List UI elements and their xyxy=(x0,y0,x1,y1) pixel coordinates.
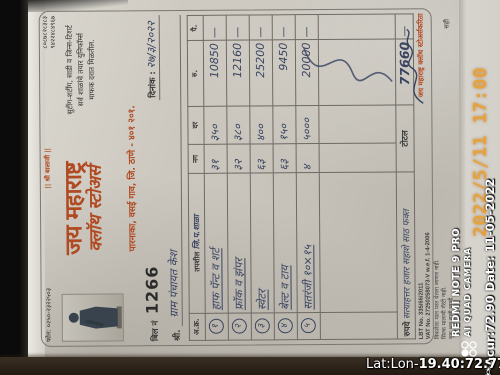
col-rate: दर xyxy=(188,106,204,144)
col-sr: अ.क्र. xyxy=(189,313,205,341)
mobile-numbers: ८०८७८२८३८३ ९४२२४८४९६७ xyxy=(42,16,58,49)
phone-number: फोन: ०२५०-२३२२५०३ xyxy=(44,288,53,342)
signature-icon xyxy=(396,27,431,107)
bill-no-label: बिल नं xyxy=(151,321,161,342)
tagline-line3: माफक दरात मिळतील. xyxy=(87,39,96,99)
gps-accuracy-date-overlay: **Acur:72.90 Date: 11-05-2022 xyxy=(483,179,497,375)
date-value-handwritten: २७/३/२०२२ xyxy=(144,21,157,69)
sr-circled: १ xyxy=(209,319,224,334)
table-row: ३ स्वेटर ६३ ४०० 25200 — xyxy=(249,15,274,340)
gps-latlon-overlay: Lat:Lon-19.40:72.77 ** xyxy=(366,357,500,372)
date-label: दिनांक : xyxy=(148,71,158,98)
store-address: पारनाका, वसई गाव, जि. ठाणे - ४०१ २०१. xyxy=(123,15,138,341)
dark-table-edge xyxy=(0,0,28,375)
mobile-number-2: ९४२२४८४९६७ xyxy=(50,16,57,49)
col-rs: रु. xyxy=(187,41,203,107)
col-paise: पै. xyxy=(187,15,203,40)
details-note-handwritten: जि.प.शाळा xyxy=(192,215,201,249)
statue-photo xyxy=(61,293,123,341)
bill-top-line: फोन: ०२५०-२३२२५०३ || श्री बालाजी || ८०८७… xyxy=(42,16,60,342)
store-name-line1: जय महाराष्ट्र xyxy=(62,124,86,294)
table-row: ४ बेल्ट व टाय ६३ १५० 9450 — xyxy=(272,15,297,340)
camera-name: AI QUAD CAMERA xyxy=(463,228,472,337)
bill-no-value: 1266 xyxy=(142,266,161,315)
store-tagline: सुटींग-शर्टींग, साडी व जिन्स-टिशर्ट सर्व… xyxy=(59,16,98,124)
bill-footer: LBT No. 335/66/2011 VAT No. 27250258073-… xyxy=(416,13,456,339)
redmi-ai-logo-icon xyxy=(460,340,478,358)
sr-circled: ४ xyxy=(278,319,293,334)
statue-silhouette-icon xyxy=(64,294,122,340)
device-name: REDMI NOTE 9 PRO xyxy=(452,228,463,337)
table-row: १ हाफ पॅन्ट व शर्ट ३१ ३५० 10850 — xyxy=(203,15,228,340)
bill-header: जय महाराष्ट्र क्लॉथ स्टोअर्स सुटींग-शर्ट… xyxy=(59,15,123,341)
mobile-number-1: ८०८७८२८३८३ xyxy=(42,16,49,49)
col-qty: नग xyxy=(188,144,204,174)
photo-of-bill: फोन: ०२५०-२३२२५०३ || श्री बालाजी || ८०८७… xyxy=(0,0,500,375)
store-name-line2: क्लॉथ स्टोअर्स xyxy=(85,124,107,294)
store-title: जय महाराष्ट्र क्लॉथ स्टोअर्स xyxy=(60,124,107,294)
table-row: २ फ्रॉक व झंपर ३२ ३८० 12160 — xyxy=(226,15,251,340)
customer-name-handwritten: ग्राम पंचायत केश xyxy=(167,250,180,317)
sr-circled: ५ xyxy=(301,318,316,333)
tagline-line1: सुटींग-शर्टींग, साडी व जिन्स-टिशर्ट xyxy=(64,25,74,114)
customer-row: श्री. ग्राम पंचायत केश xyxy=(164,15,182,341)
col-details: तपशील जि.प.शाळा xyxy=(188,174,205,313)
customer-label: श्री. xyxy=(172,330,183,342)
cancel-squiggle-icon xyxy=(300,39,398,98)
bill-rotated-holder: फोन: ०२५०-२३२२५०३ || श्री बालाजी || ८०८७… xyxy=(36,8,436,350)
camera-watermark: REDMI NOTE 9 PRO AI QUAD CAMERA xyxy=(452,228,472,337)
bill-number-row: बिल नं 1266 दिनांक : २७/३/२०२२ xyxy=(140,15,161,341)
rupees-label: रुपये xyxy=(403,322,413,337)
vat-number: VAT No. 27250258073-V w.e.f. 1-4-2006 xyxy=(426,232,434,339)
sr-circled: २ xyxy=(232,319,247,334)
signature-label: सही xyxy=(441,19,451,143)
invocation-text: || श्री बालाजी || xyxy=(43,148,52,189)
tagline-line2: सर्व शाळांचे तयार युनिफॉर्म्स xyxy=(76,33,86,106)
sr-circled: ३ xyxy=(255,319,270,334)
total-label: टोटल xyxy=(396,105,414,173)
amount-in-words-handwritten: सत्याहत्तर हजार सहाशे साठ फक्त xyxy=(402,209,413,319)
bill-document: फोन: ०२५०-२३२२५०३ || श्री बालाजी || ८०८७… xyxy=(34,5,436,350)
